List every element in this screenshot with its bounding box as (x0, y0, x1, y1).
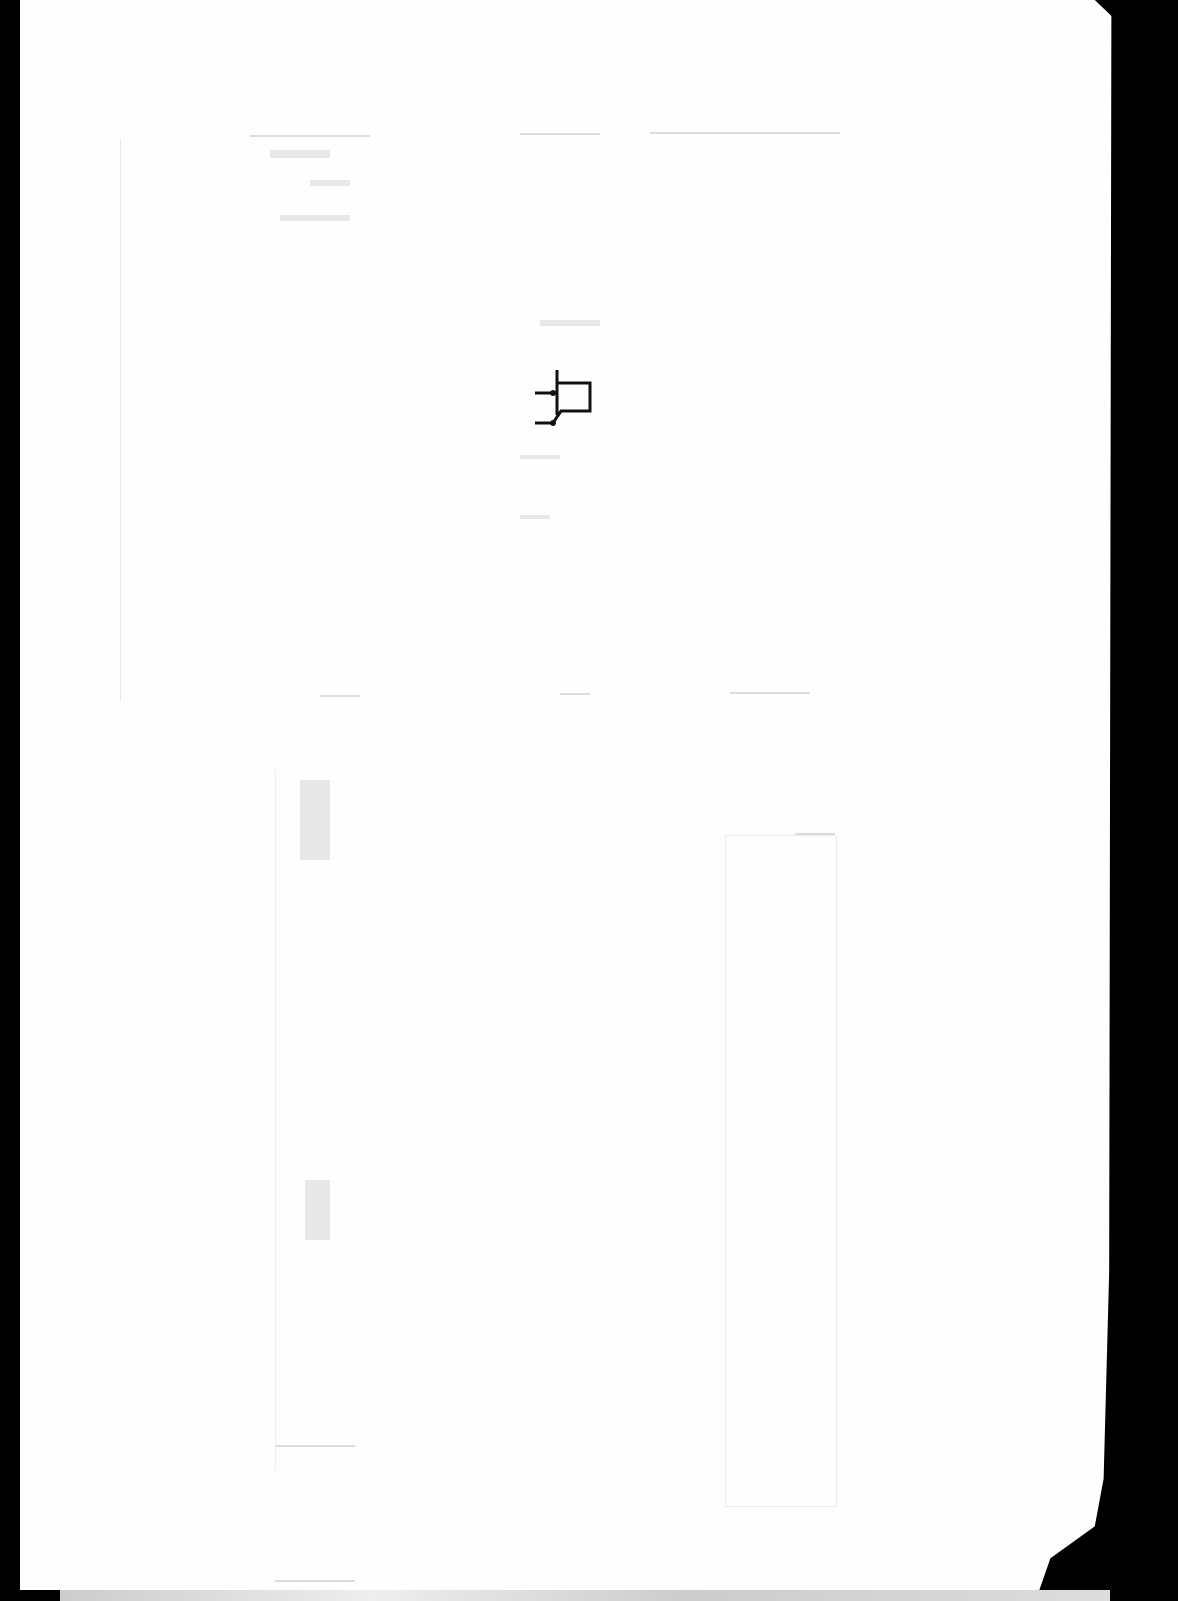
faint-text-block (540, 320, 600, 326)
title-block-top (795, 833, 835, 835)
faint-text-block (520, 455, 560, 459)
drawing-sheet (20, 0, 1128, 1590)
frame-bottom-mark (320, 695, 360, 697)
faint-text-block (300, 780, 330, 860)
frame-top-mark (650, 132, 840, 134)
faint-text-block (280, 215, 350, 221)
faint-text-block (520, 515, 550, 519)
column-rule (275, 770, 276, 1470)
faint-text-block (305, 1180, 330, 1240)
divider-line (275, 1445, 355, 1447)
faint-text-block (310, 180, 350, 186)
relay-switch-symbol-icon (535, 365, 615, 445)
frame-top-mark (250, 135, 370, 137)
frame-top-mark (520, 133, 600, 135)
divider-line (275, 1580, 355, 1582)
scanner-edge (60, 1590, 1110, 1601)
frame-left-line (120, 140, 121, 700)
frame-bottom-mark (730, 692, 810, 694)
faint-text-block (270, 150, 330, 158)
title-block (725, 835, 837, 1507)
frame-bottom-mark (560, 693, 590, 695)
